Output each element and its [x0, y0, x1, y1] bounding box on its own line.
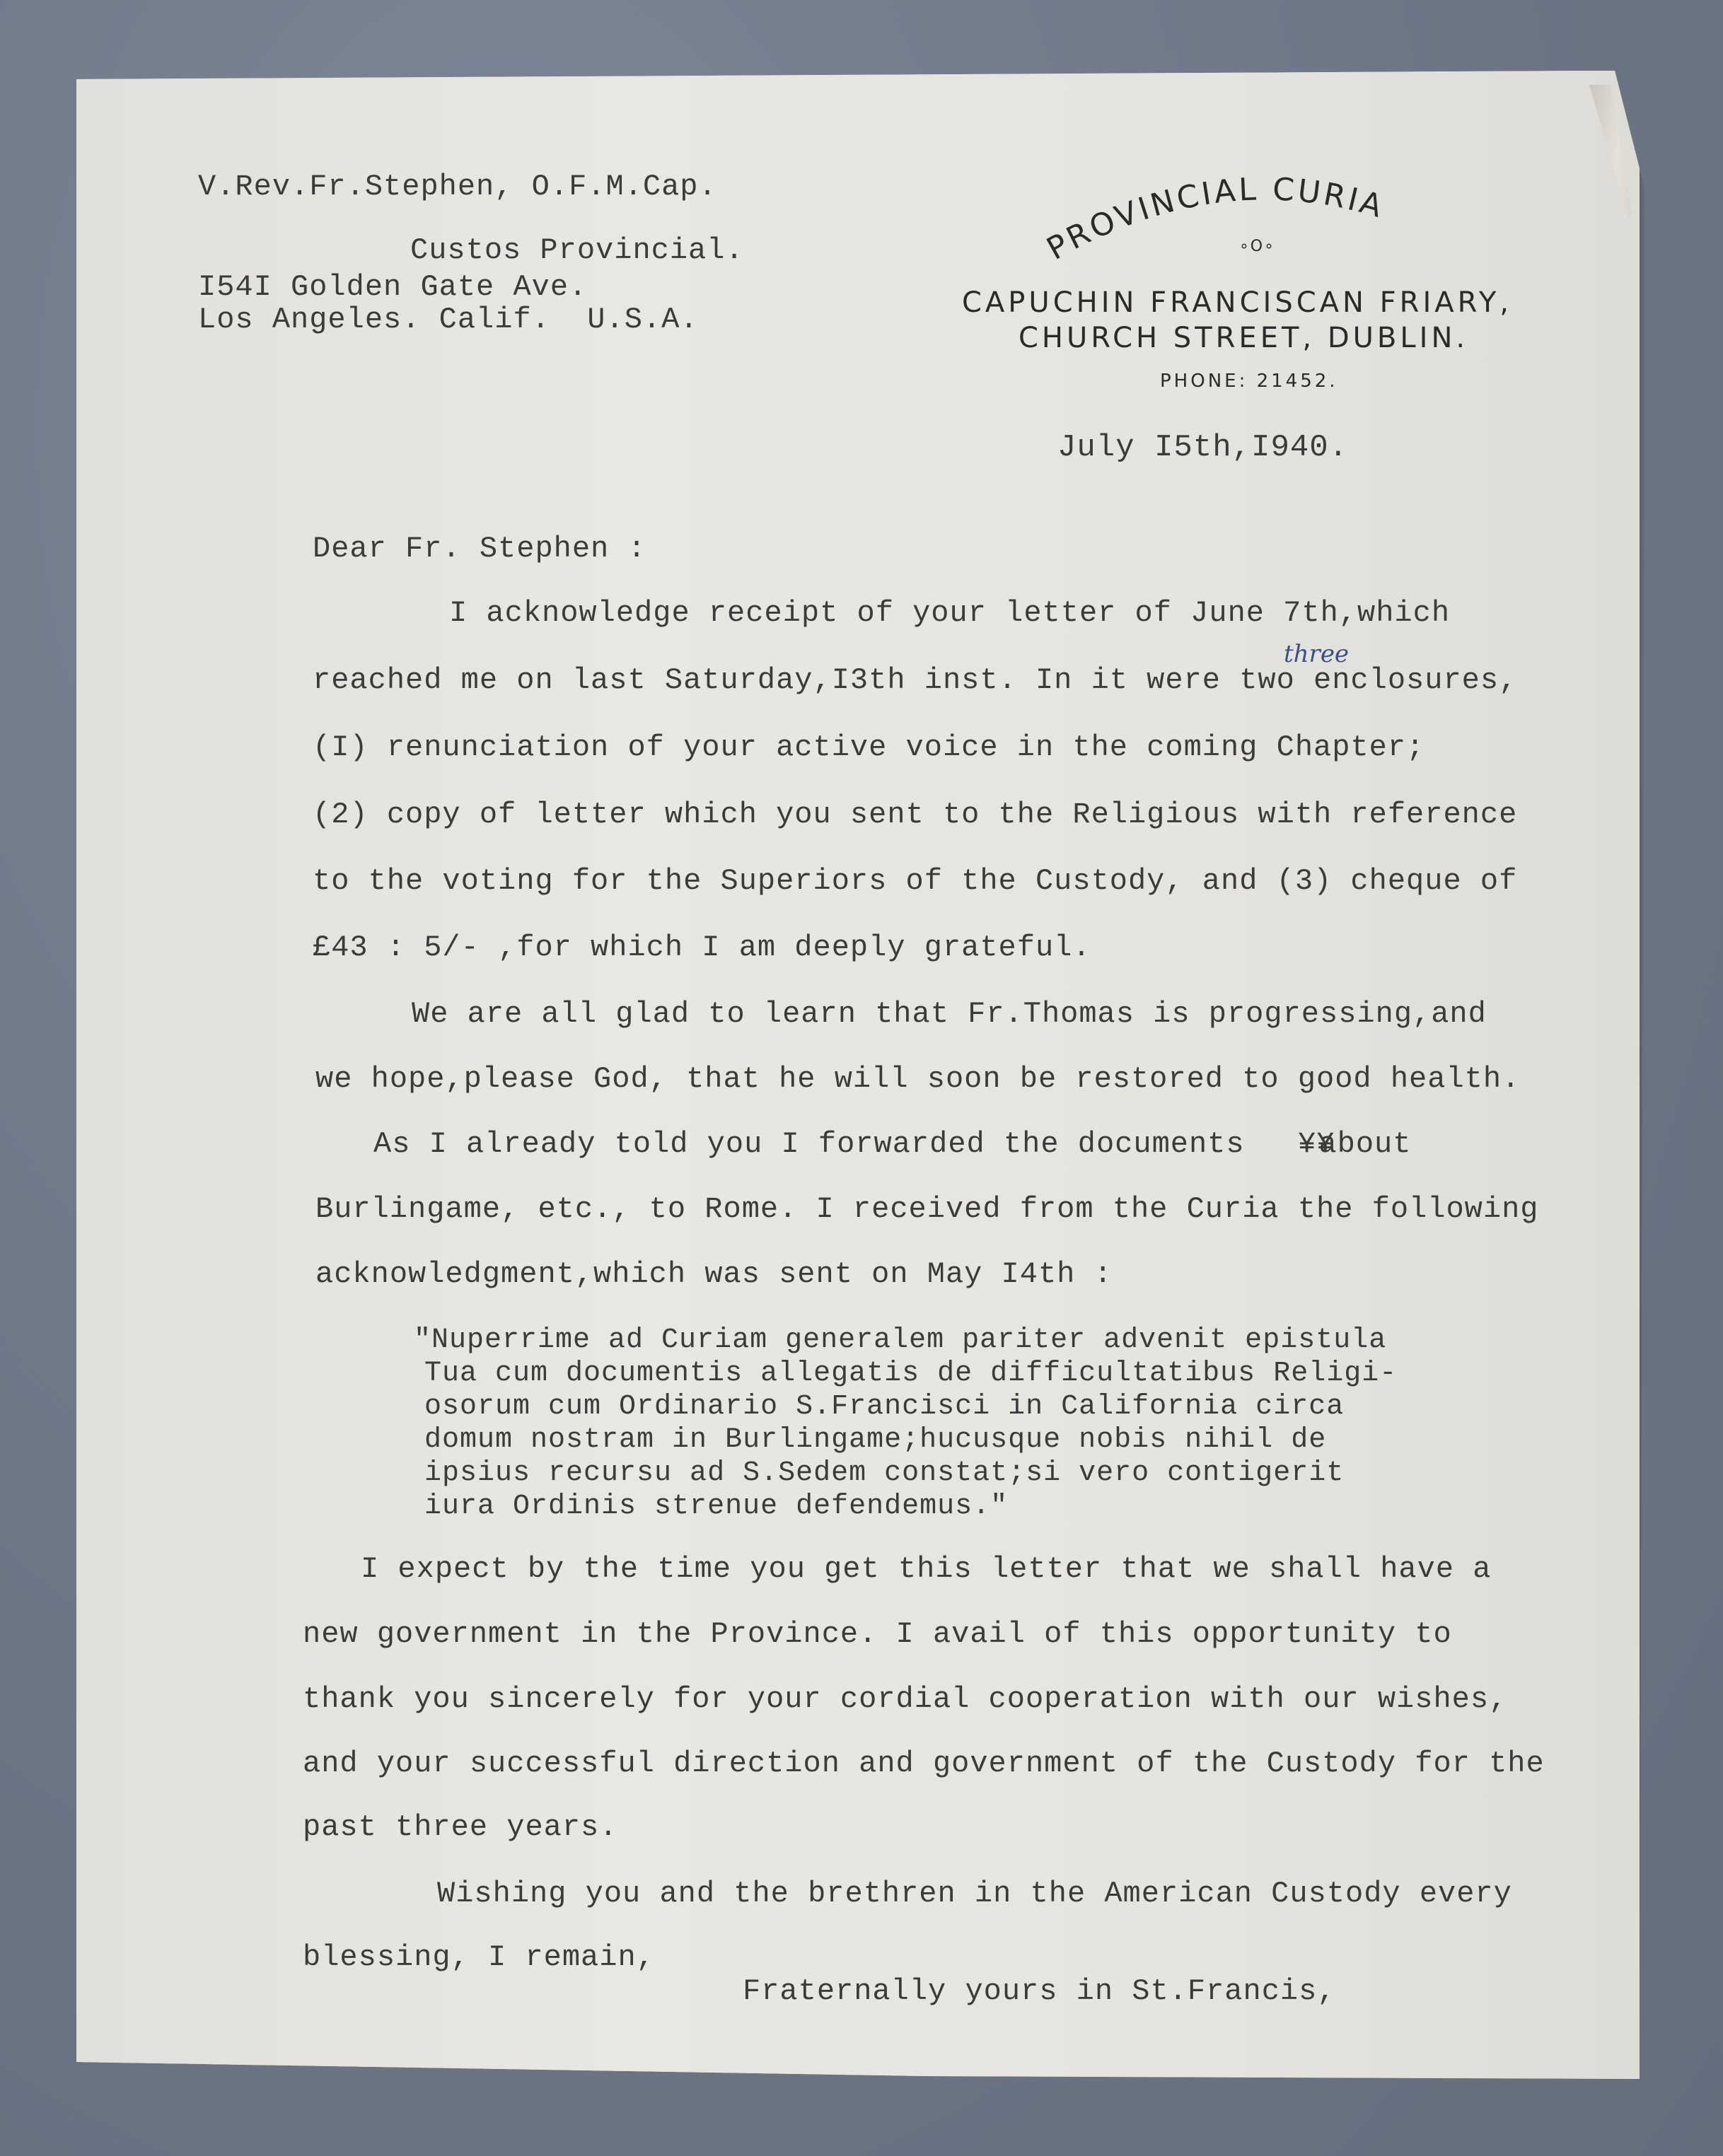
quote-line: iura Ordinis strenue defendemus.": [424, 1491, 1008, 1522]
quote-line: osorum cum Ordinario S.Francisci in Cali…: [424, 1391, 1344, 1423]
quote-line: Tua cum documentis allegatis de difficul…: [424, 1358, 1397, 1389]
body-line: we hope,please God, that he will soon be…: [315, 1062, 1520, 1096]
recipient-city: Los Angeles. Calif. U.S.A.: [198, 303, 699, 337]
closing-line: new government in the Province. I avail …: [303, 1617, 1452, 1651]
body-line: £43 : 5/- ,for which I am deeply gratefu…: [313, 931, 1091, 965]
signoff: Fraternally yours in St.Francis,: [743, 1974, 1336, 2008]
quote-line: ipsius recursu ad S.Sedem constat;si ver…: [424, 1457, 1344, 1489]
body-line: acknowledgment,which was sent on May I4t…: [315, 1257, 1113, 1291]
body-line: to the voting for the Superiors of the C…: [313, 864, 1517, 898]
letterhead-ornament: ∘O∘: [1239, 238, 1275, 255]
recipient-title: Custos Provincial.: [410, 233, 744, 267]
recipient-name: V.Rev.Fr.Stephen, O.F.M.Cap.: [198, 170, 717, 204]
letter-date: July I5th,I940.: [1057, 430, 1348, 465]
body-line: Burlingame, etc., to Rome. I received fr…: [315, 1192, 1538, 1226]
letterhead-phone: PHONE: 21452.: [1160, 371, 1338, 392]
body-line: We are all glad to learn that Fr.Thomas …: [412, 997, 1487, 1031]
closing-line: and your successful direction and govern…: [303, 1747, 1545, 1781]
quote-line: "Nuperrime ad Curiam generalem pariter a…: [414, 1324, 1386, 1356]
closing-line: Wishing you and the brethren in the Amer…: [437, 1877, 1512, 1911]
letterhead-friary: CAPUCHIN FRANCISCAN FRIARY,: [962, 286, 1512, 319]
letterhead-address: CHURCH STREET, DUBLIN.: [1019, 322, 1468, 354]
recipient-street: I54I Golden Gate Ave.: [198, 270, 587, 304]
closing-line: I expect by the time you get this letter…: [361, 1552, 1491, 1586]
svg-text:PROVINCIAL CURIA: PROVINCIAL CURIA: [1041, 171, 1389, 267]
handwritten-correction: three: [1284, 640, 1349, 668]
quote-line: domum nostram in Burlingame;hucusque nob…: [424, 1424, 1326, 1456]
salutation: Dear Fr. Stephen :: [313, 532, 646, 566]
body-line: reached me on last Saturday,I3th inst. I…: [313, 663, 1517, 697]
closing-line: blessing, I remain,: [303, 1940, 655, 1974]
body-line: I acknowledge receipt of your letter of …: [449, 596, 1450, 630]
body-line: (I) renunciation of your active voice in…: [313, 730, 1425, 764]
body-line: As I already told you I forwarded the do…: [373, 1127, 1411, 1161]
body-line: (2) copy of letter which you sent to the…: [313, 798, 1517, 832]
letterhead-title: PROVINCIAL CURIA: [1033, 159, 1485, 272]
struck-marks: ¥¥: [1298, 1127, 1335, 1161]
closing-line: past three years.: [303, 1810, 617, 1844]
closing-line: thank you sincerely for your cordial coo…: [303, 1682, 1507, 1716]
